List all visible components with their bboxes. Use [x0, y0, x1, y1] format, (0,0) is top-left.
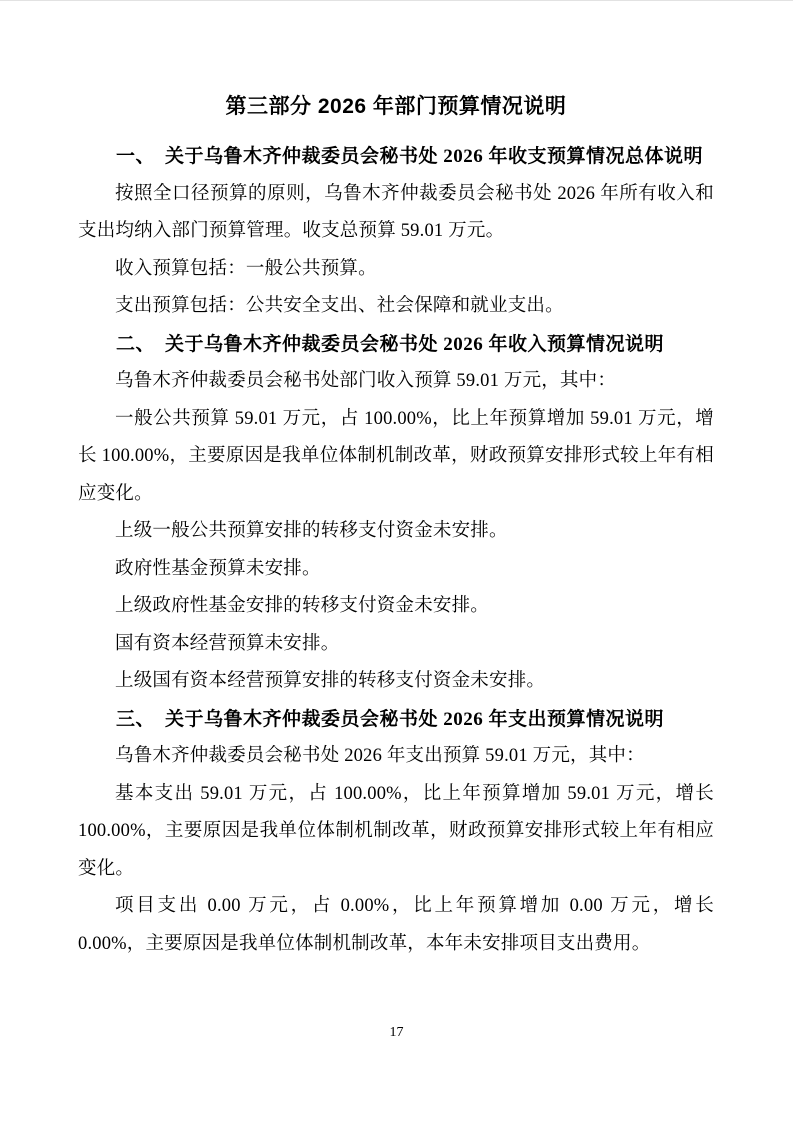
page-number: 17: [0, 1023, 793, 1043]
section-3-paragraph: 基本支出 59.01 万元，占 100.00%，比上年预算增加 59.01 万元…: [78, 776, 714, 889]
section-2-paragraph: 乌鲁木齐仲裁委员会秘书处部门收入预算 59.01 万元，其中：: [78, 363, 714, 401]
section-expenditure-budget: 三、 关于乌鲁木齐仲裁委员会秘书处 2026 年支出预算情况说明 乌鲁木齐仲裁委…: [78, 701, 714, 964]
section-2-paragraph: 上级政府性基金安排的转移支付资金未安排。: [78, 588, 714, 626]
section-1-paragraph: 按照全口径预算的原则，乌鲁木齐仲裁委员会秘书处 2026 年所有收入和支出均纳入…: [78, 176, 714, 251]
section-1-heading: 一、 关于乌鲁木齐仲裁委员会秘书处 2026 年收支预算情况总体说明: [78, 138, 714, 176]
section-2-paragraph: 国有资本经营预算未安排。: [78, 626, 714, 664]
section-1-paragraph: 支出预算包括：公共安全支出、社会保障和就业支出。: [78, 288, 714, 326]
section-2-paragraph: 政府性基金预算未安排。: [78, 551, 714, 589]
section-1-paragraph: 收入预算包括：一般公共预算。: [78, 251, 714, 289]
document-page: 第三部分 2026 年部门预算情况说明 一、 关于乌鲁木齐仲裁委员会秘书处 20…: [0, 0, 793, 1122]
section-2-heading: 二、 关于乌鲁木齐仲裁委员会秘书处 2026 年收入预算情况说明: [78, 326, 714, 364]
section-3-heading: 三、 关于乌鲁木齐仲裁委员会秘书处 2026 年支出预算情况说明: [78, 701, 714, 739]
section-3-paragraph: 乌鲁木齐仲裁委员会秘书处 2026 年支出预算 59.01 万元，其中：: [78, 738, 714, 776]
section-income-budget: 二、 关于乌鲁木齐仲裁委员会秘书处 2026 年收入预算情况说明 乌鲁木齐仲裁委…: [78, 326, 714, 701]
section-2-paragraph: 上级一般公共预算安排的转移支付资金未安排。: [78, 513, 714, 551]
document-title: 第三部分 2026 年部门预算情况说明: [78, 92, 714, 122]
section-3-paragraph: 项目支出 0.00 万元，占 0.00%，比上年预算增加 0.00 万元，增长 …: [78, 888, 714, 963]
section-2-paragraph: 一般公共预算 59.01 万元，占 100.00%，比上年预算增加 59.01 …: [78, 401, 714, 514]
section-overall-budget: 一、 关于乌鲁木齐仲裁委员会秘书处 2026 年收支预算情况总体说明 按照全口径…: [78, 138, 714, 326]
section-2-paragraph: 上级国有资本经营预算安排的转移支付资金未安排。: [78, 663, 714, 701]
